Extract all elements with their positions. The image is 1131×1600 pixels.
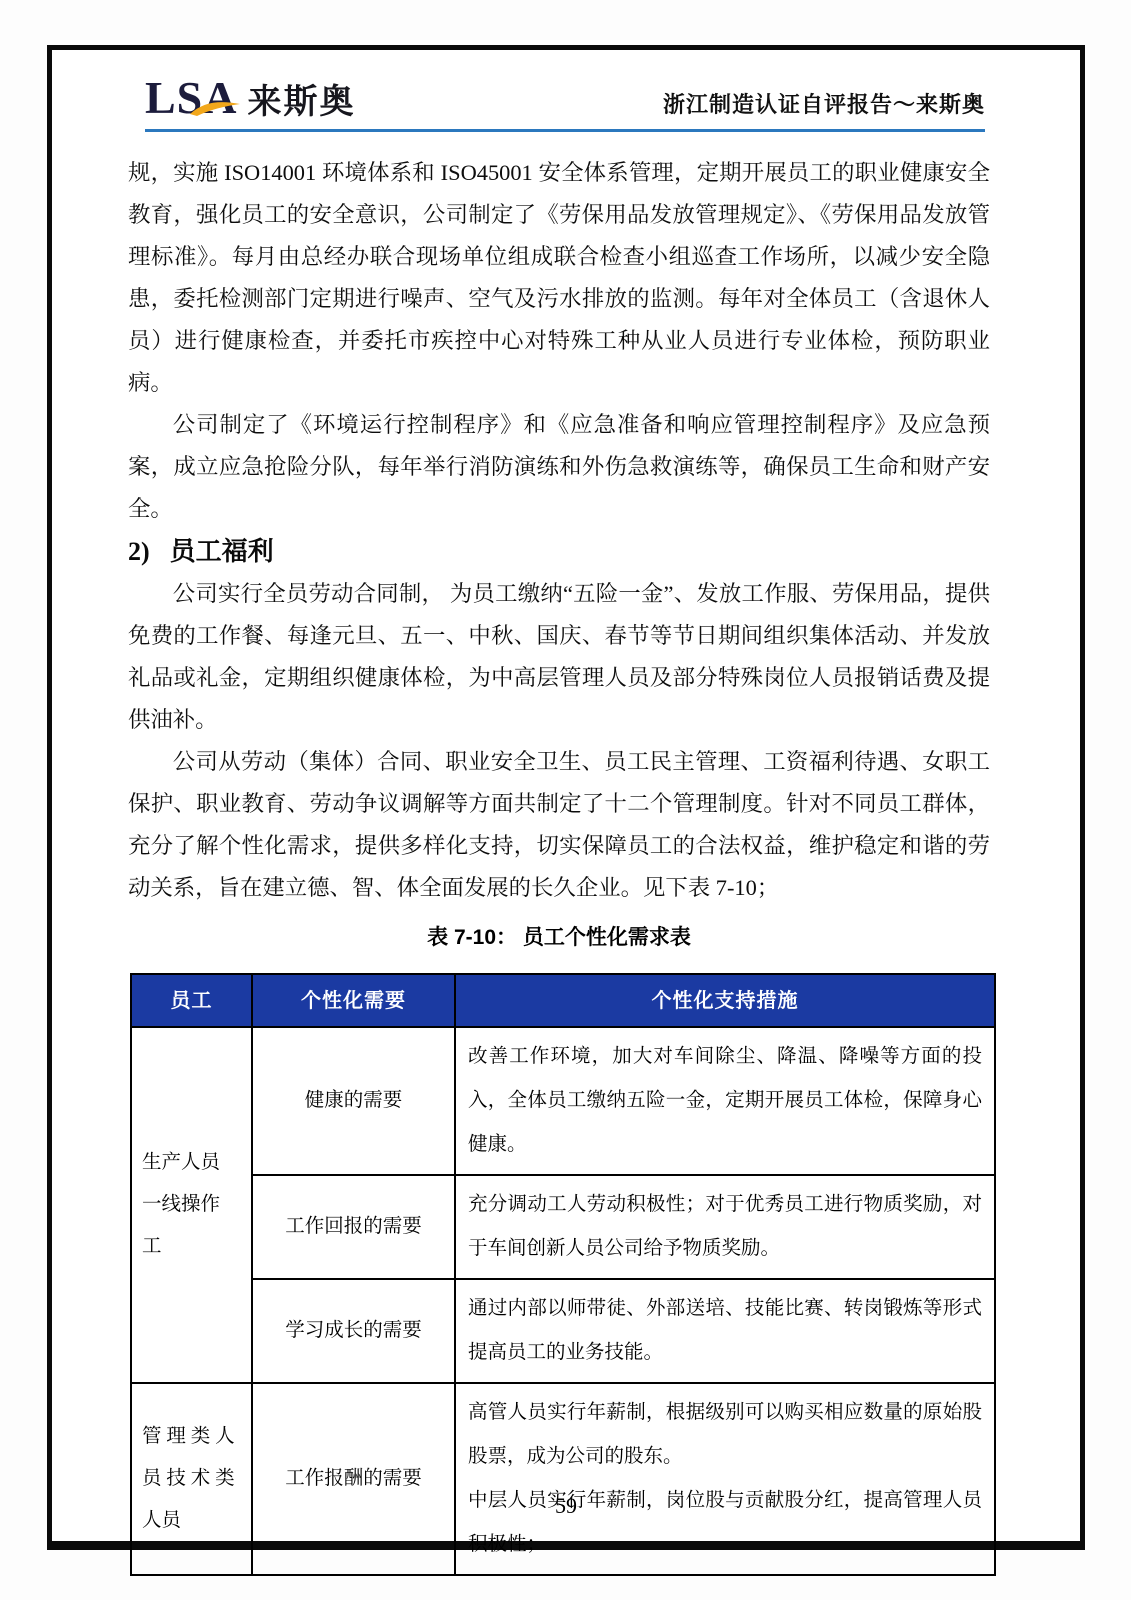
cell-measure: 改善工作环境，加大对车间除尘、降温、降噪等方面的投入，全体员工缴纳五险一金，定期… (455, 1027, 995, 1175)
cell-need: 工作回报的需要 (252, 1175, 455, 1279)
cell-employee-group-production: 生产人员 一线操作 工 (131, 1027, 252, 1383)
cell-need: 健康的需要 (252, 1027, 455, 1175)
employee-needs-table: 员工 个性化需要 个性化支持措施 生产人员 一线操作 工 健康的需要 改善工作环… (130, 973, 996, 1576)
cell-measure: 充分调动工人劳动积极性；对于优秀员工进行物质奖励，对于车间创新人员公司给予物质奖… (455, 1175, 995, 1279)
logo-chinese-name: 来斯奥 (247, 84, 355, 120)
cell-need: 工作报酬的需要 (252, 1383, 455, 1575)
table-row: 工作回报的需要 充分调动工人劳动积极性；对于优秀员工进行物质奖励，对于车间创新人… (131, 1175, 995, 1279)
section-heading-title: 员工福利 (170, 536, 274, 566)
cell-measure: 高管人员实行年薪制，根据级别可以购买相应数量的原始股股票，成为公司的股东。 中层… (455, 1383, 995, 1575)
cell-measure: 通过内部以师带徒、外部送培、技能比赛、转岗锻炼等形式提高员工的业务技能。 (455, 1279, 995, 1383)
section-heading-number: 2) (128, 537, 150, 566)
report-page: LSA 来斯奥 浙江制造认证自评报告～来斯奥 规，实施 ISO14001 环境体… (0, 0, 1131, 1600)
table-row: 管 理 类 人 员 技 术 类 人员 工作报酬的需要 高管人员实行年薪制，根据级… (131, 1383, 995, 1575)
cell-need: 学习成长的需要 (252, 1279, 455, 1383)
table-row: 学习成长的需要 通过内部以师带徒、外部送培、技能比赛、转岗锻炼等形式提高员工的业… (131, 1279, 995, 1383)
paragraph: 规，实施 ISO14001 环境体系和 ISO45001 安全体系管理，定期开展… (128, 152, 990, 404)
col-header-employee: 员工 (131, 974, 252, 1027)
company-logo: LSA 来斯奥 (145, 76, 355, 120)
paragraph: 公司从劳动（集体）合同、职业安全卫生、员工民主管理、工资福利待遇、女职工保护、职… (128, 741, 990, 909)
col-header-measure: 个性化支持措施 (455, 974, 995, 1027)
table-caption: 表 7-10： 员工个性化需求表 (128, 925, 990, 951)
logo-lsa-text: LSA (145, 76, 237, 120)
page-number: 59 (52, 1493, 1080, 1519)
cell-employee-group-management: 管 理 类 人 员 技 术 类 人员 (131, 1383, 252, 1575)
section-heading: 2)员工福利 (128, 530, 990, 573)
page-header: LSA 来斯奥 浙江制造认证自评报告～来斯奥 (145, 50, 985, 120)
logo-lsa-letters: LSA (145, 72, 237, 123)
table-header-row: 员工 个性化需要 个性化支持措施 (131, 974, 995, 1027)
body-text: 规，实施 ISO14001 环境体系和 ISO45001 安全体系管理，定期开展… (128, 152, 990, 1576)
col-header-need: 个性化需要 (252, 974, 455, 1027)
paragraph: 公司实行全员劳动合同制， 为员工缴纳“五险一金”、发放工作服、劳保用品，提供免费… (128, 573, 990, 741)
document-title: 浙江制造认证自评报告～来斯奥 (663, 90, 985, 120)
paragraph: 公司制定了《环境运行控制程序》和《应急准备和响应管理控制程序》及应急预案，成立应… (128, 404, 990, 530)
table-row: 生产人员 一线操作 工 健康的需要 改善工作环境，加大对车间除尘、降温、降噪等方… (131, 1027, 995, 1175)
page-border-frame: LSA 来斯奥 浙江制造认证自评报告～来斯奥 规，实施 ISO14001 环境体… (47, 45, 1085, 1550)
header-divider-line (145, 129, 985, 132)
